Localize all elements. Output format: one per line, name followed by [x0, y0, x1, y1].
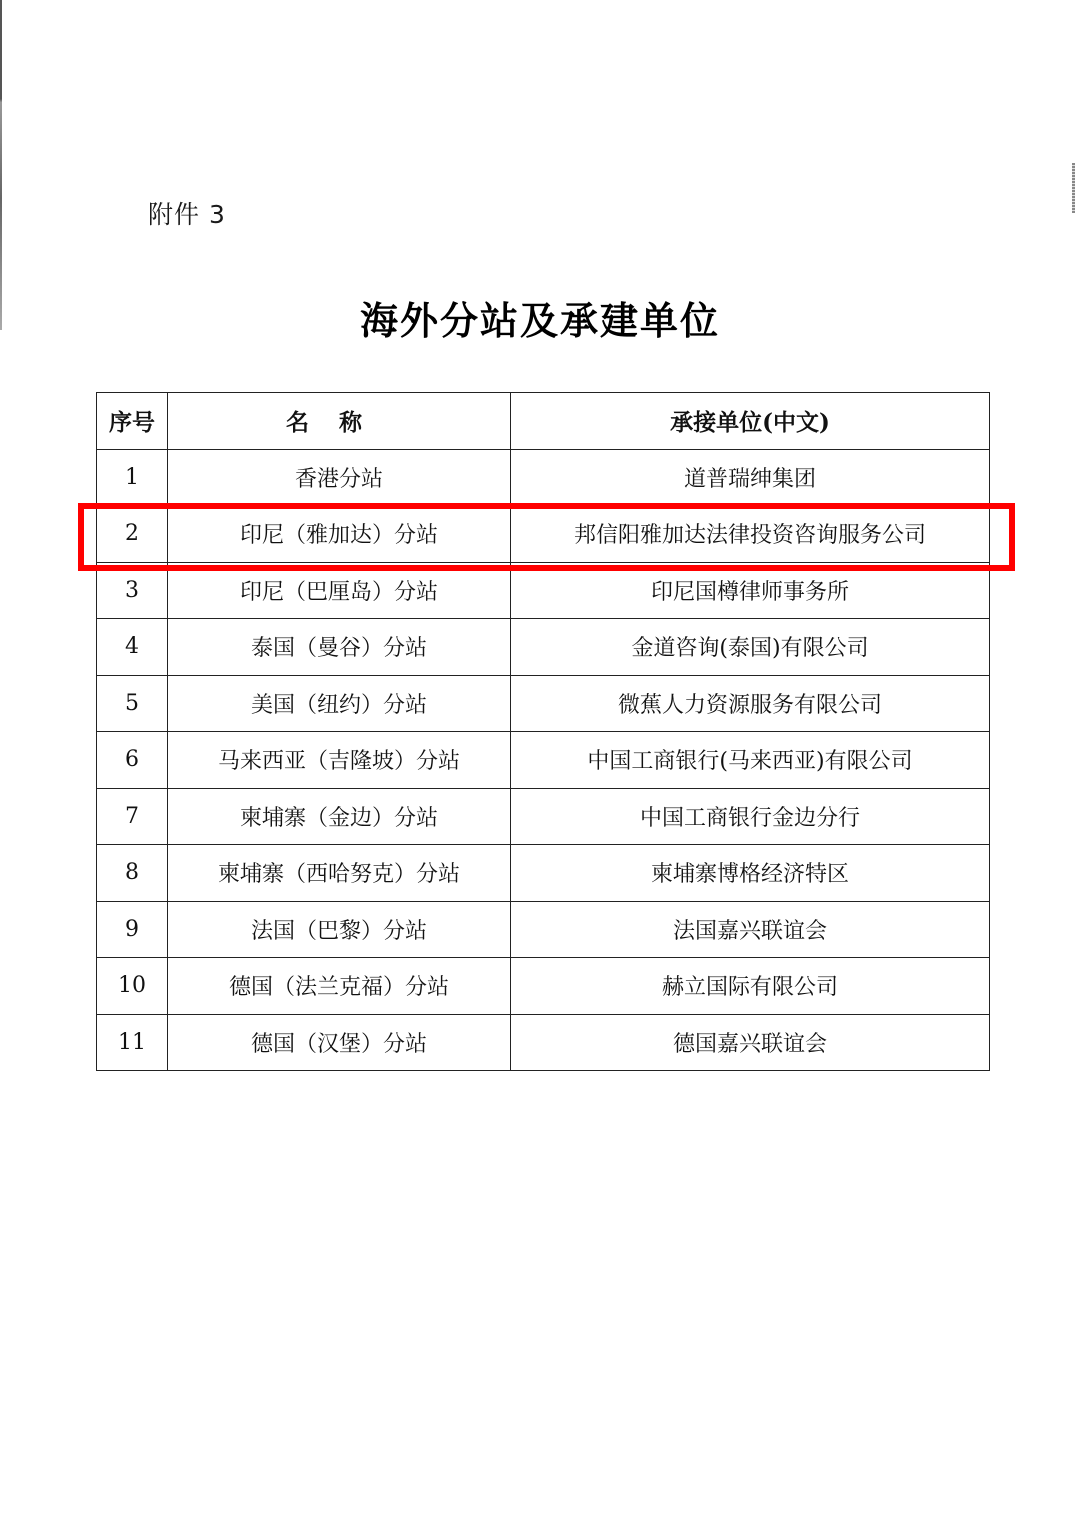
table-row: 9 法国（巴黎）分站 法国嘉兴联谊会: [97, 901, 990, 958]
table-row: 7 柬埔寨（金边）分站 中国工商银行金边分行: [97, 788, 990, 845]
table-row-highlighted: 2 印尼（雅加达）分站 邦信阳雅加达法律投资咨询服务公司: [97, 506, 990, 563]
row-index: 3: [97, 562, 168, 619]
header-organization: 承接单位(中文): [511, 393, 990, 450]
table-row: 4 泰国（曼谷）分站 金道咨询(泰国)有限公司: [97, 619, 990, 676]
row-index: 11: [97, 1014, 168, 1071]
row-station-name: 美国（纽约）分站: [168, 675, 511, 732]
table-row: 11 德国（汉堡）分站 德国嘉兴联谊会: [97, 1014, 990, 1071]
table-row: 6 马来西亚（吉隆坡）分站 中国工商银行(马来西亚)有限公司: [97, 732, 990, 789]
table-header-row: 序号 名称 承接单位(中文): [97, 393, 990, 450]
row-organization: 柬埔寨博格经济特区: [511, 845, 990, 902]
table-row: 5 美国（纽约）分站 微蕉人力资源服务有限公司: [97, 675, 990, 732]
row-organization: 中国工商银行金边分行: [511, 788, 990, 845]
row-organization: 微蕉人力资源服务有限公司: [511, 675, 990, 732]
row-station-name: 德国（汉堡）分站: [168, 1014, 511, 1071]
table-row: 3 印尼（巴厘岛）分站 印尼国樽律师事务所: [97, 562, 990, 619]
row-index: 7: [97, 788, 168, 845]
row-index: 4: [97, 619, 168, 676]
row-station-name: 泰国（曼谷）分站: [168, 619, 511, 676]
row-index: 5: [97, 675, 168, 732]
attachment-label: 附件 3: [148, 195, 226, 231]
row-station-name: 马来西亚（吉隆坡）分站: [168, 732, 511, 789]
row-index: 6: [97, 732, 168, 789]
row-organization: 金道咨询(泰国)有限公司: [511, 619, 990, 676]
row-index: 2: [97, 506, 168, 563]
row-organization: 道普瑞绅集团: [511, 449, 990, 506]
row-station-name: 柬埔寨（西哈努克）分站: [168, 845, 511, 902]
row-station-name: 印尼（巴厘岛）分站: [168, 562, 511, 619]
row-station-name: 德国（法兰克福）分站: [168, 958, 511, 1015]
scan-margin-mark: [1072, 163, 1075, 213]
row-organization: 印尼国樽律师事务所: [511, 562, 990, 619]
header-name: 名称: [168, 393, 511, 450]
row-index: 9: [97, 901, 168, 958]
row-organization: 赫立国际有限公司: [511, 958, 990, 1015]
row-index: 10: [97, 958, 168, 1015]
row-station-name: 柬埔寨（金边）分站: [168, 788, 511, 845]
header-index: 序号: [97, 393, 168, 450]
page-title: 海外分站及承建单位: [0, 290, 1080, 345]
row-index: 8: [97, 845, 168, 902]
overseas-stations-table: 序号 名称 承接单位(中文) 1 香港分站 道普瑞绅集团 2 印尼（雅加达）分站…: [96, 392, 990, 1071]
row-index: 1: [97, 449, 168, 506]
row-organization: 中国工商银行(马来西亚)有限公司: [511, 732, 990, 789]
table-row: 10 德国（法兰克福）分站 赫立国际有限公司: [97, 958, 990, 1015]
row-station-name: 印尼（雅加达）分站: [168, 506, 511, 563]
row-organization: 德国嘉兴联谊会: [511, 1014, 990, 1071]
scan-edge-artifact: [0, 0, 2, 330]
row-station-name: 法国（巴黎）分站: [168, 901, 511, 958]
row-organization: 法国嘉兴联谊会: [511, 901, 990, 958]
row-organization: 邦信阳雅加达法律投资咨询服务公司: [511, 506, 990, 563]
row-station-name: 香港分站: [168, 449, 511, 506]
table-row: 1 香港分站 道普瑞绅集团: [97, 449, 990, 506]
table-row: 8 柬埔寨（西哈努克）分站 柬埔寨博格经济特区: [97, 845, 990, 902]
